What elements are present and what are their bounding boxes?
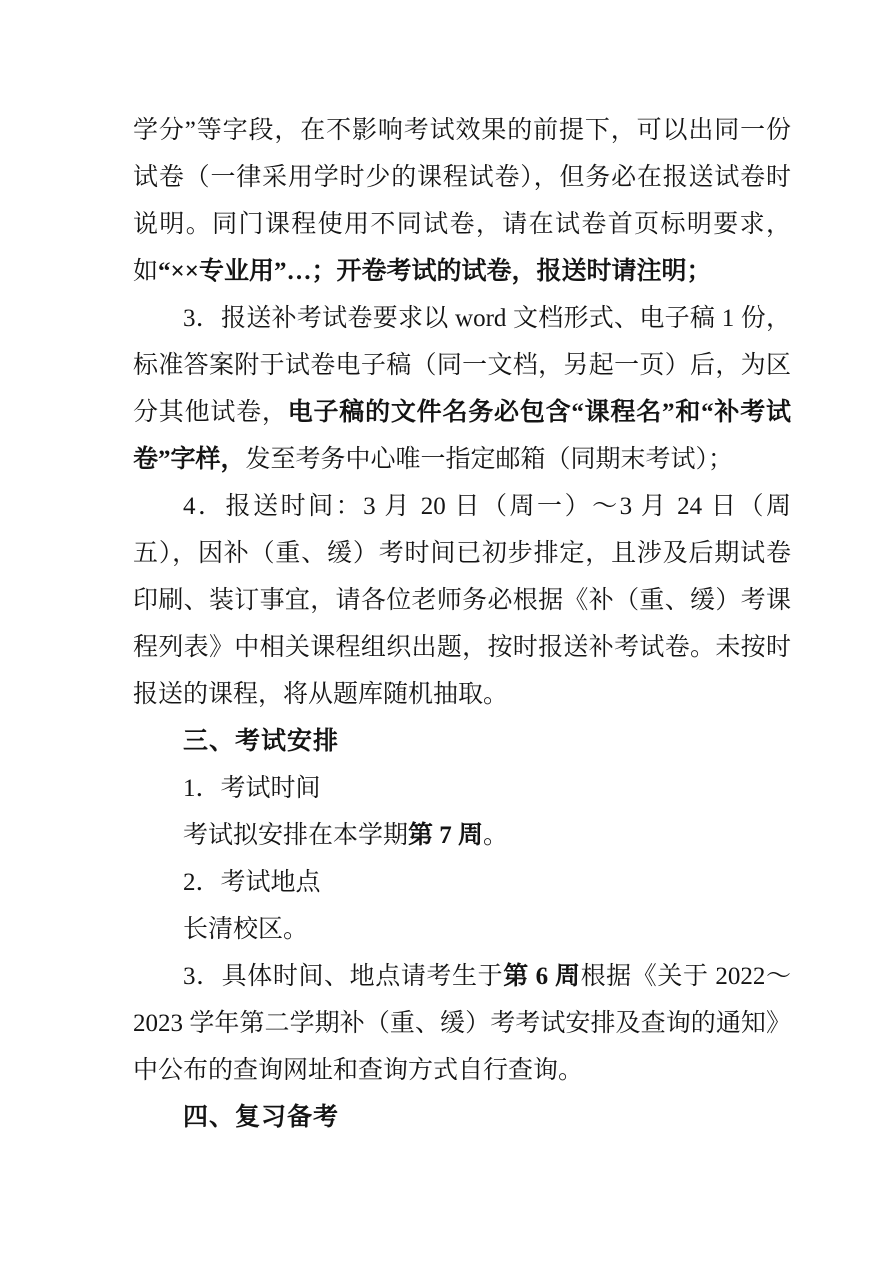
body-text: 考试拟安排在本学期 [183,822,408,849]
body-text: 长清校区。 [183,916,308,943]
document-text-block: 学分”等字段，在不影响考试效果的前提下，可以出同一份试卷（一律采用学时少的课程试… [133,107,791,1141]
paragraph: 4．报送时间：3 月 20 日（周一）～3 月 24 日（周五），因补（重、缓）… [133,483,791,718]
body-text: 1．考试时间 [183,775,321,802]
body-text: 。 [483,822,508,849]
paragraph: 1．考试时间 [133,765,791,812]
body-text: 3．具体时间、地点请考生于 [183,963,503,990]
paragraph: 长清校区。 [133,906,791,953]
emphasis-text: 第 6 周 [503,963,580,990]
emphasis-text: 三、考试安排 [183,728,339,755]
paragraph: 3．具体时间、地点请考生于第 6 周根据《关于 2022～2023 学年第二学期… [133,953,791,1094]
paragraph: 3．报送补考试卷要求以 word 文档形式、电子稿 1 份，标准答案附于试卷电子… [133,295,791,483]
section-heading: 四、复习备考 [133,1094,791,1141]
paragraph: 学分”等字段，在不影响考试效果的前提下，可以出同一份试卷（一律采用学时少的课程试… [133,107,791,295]
emphasis-text: 四、复习备考 [183,1104,339,1131]
section-heading: 三、考试安排 [133,718,791,765]
body-text: 4．报送时间：3 月 20 日（周一）～3 月 24 日（周五），因补（重、缓）… [133,493,791,708]
paragraph: 考试拟安排在本学期第 7 周。 [133,812,791,859]
body-text: 2．考试地点 [183,869,321,896]
emphasis-text: “××专业用”…；开卷考试的试卷，报送时请注明； [158,258,712,285]
paragraph: 2．考试地点 [133,859,791,906]
body-text: 发至考务中心唯一指定邮箱（同期末考试）； [246,446,734,473]
document-page: 学分”等字段，在不影响考试效果的前提下，可以出同一份试卷（一律采用学时少的课程试… [0,0,893,1263]
emphasis-text: 第 7 周 [408,822,483,849]
